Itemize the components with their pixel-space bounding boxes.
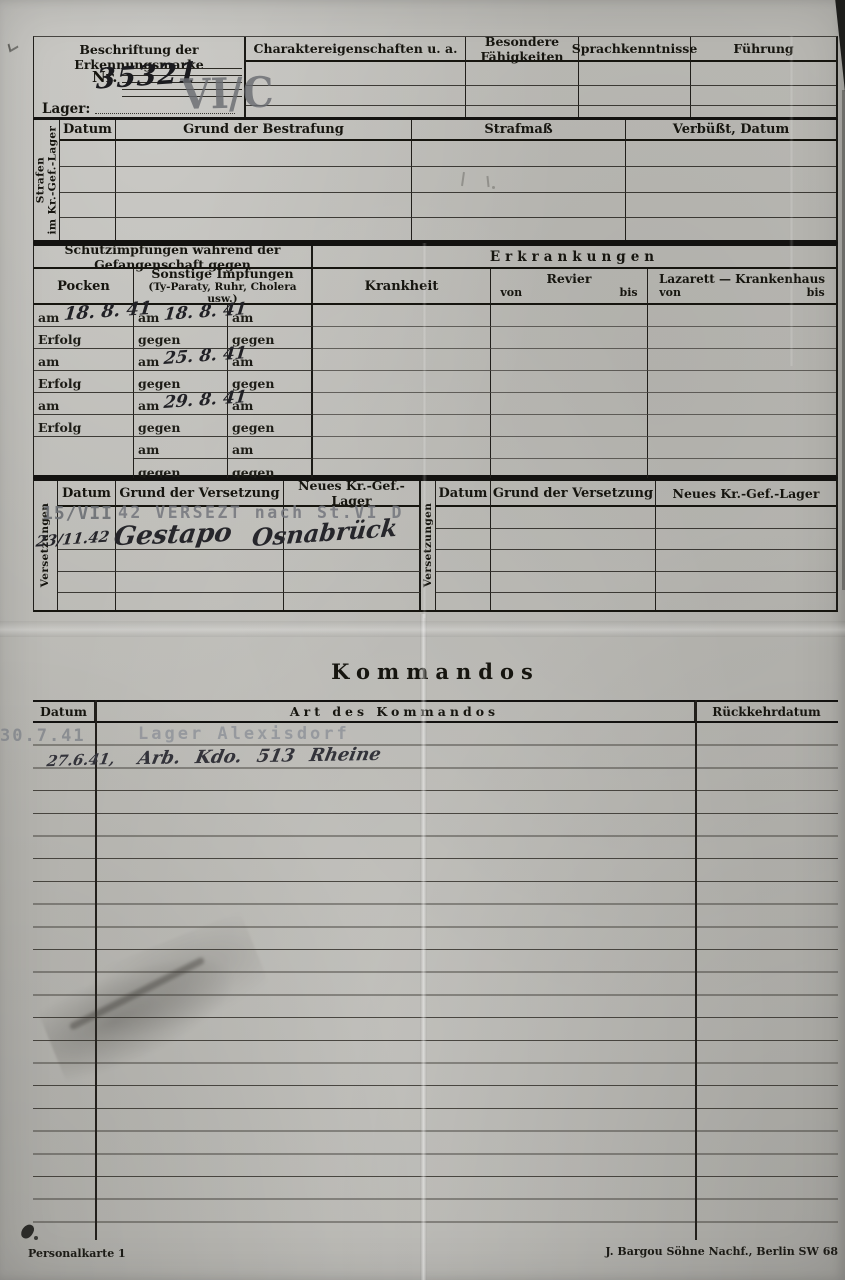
punishment-cell (626, 141, 836, 167)
right-fold-crease (789, 36, 794, 366)
printed-label: Erfolg (38, 378, 81, 392)
transfer-cell (491, 507, 656, 529)
illness-cell (491, 305, 648, 327)
punishment-cell (116, 167, 412, 193)
punishment-cell (60, 167, 116, 193)
vacc-cell: am (34, 393, 134, 415)
illness-cell (648, 393, 836, 415)
id-row-cell (691, 106, 836, 117)
printed-label: am (38, 356, 59, 370)
illness-cell (648, 437, 836, 459)
col-datum: Datum (436, 481, 491, 507)
illness-cell (313, 393, 491, 415)
id-row-cell (691, 62, 836, 86)
ink-dot (34, 1236, 38, 1240)
col-besondere-faehigkeiten: Besondere Fähigkeiten (466, 37, 579, 62)
transfer-cell (491, 572, 656, 594)
col-grund-der-bestrafung: Grund der Bestrafung (116, 120, 412, 141)
vacc-cell: Erfolg (34, 327, 134, 349)
transfer-cell (284, 572, 421, 594)
transfer-cell (116, 593, 284, 610)
punishment-cell (116, 141, 412, 167)
illness-cell (491, 393, 648, 415)
id-row-cell (579, 86, 691, 106)
illness-cell (313, 327, 491, 349)
punishment-cell (412, 218, 626, 240)
transfer-cell (58, 550, 116, 572)
printed-label: am (38, 400, 59, 414)
transfer-cell (656, 507, 836, 529)
side-label-line2: im Kr.-Gef.-Lager (47, 126, 59, 235)
punishment-cell (116, 218, 412, 240)
vacc-cell: gegen (228, 415, 313, 437)
transfer-cell (491, 593, 656, 610)
vertical-fold-crease (420, 614, 427, 1280)
transfer-cell (284, 550, 421, 572)
col-revier: Revier vonbis (491, 269, 648, 305)
col-fuehrung: Führung (691, 37, 836, 62)
transfer-cell (284, 593, 421, 610)
illness-cell (313, 371, 491, 393)
id-row-cell (246, 86, 466, 106)
illness-cell (491, 371, 648, 393)
kommandos-title: Kommandos (33, 659, 838, 684)
revier-von: von (500, 287, 522, 300)
transfer-cell (656, 572, 836, 594)
transfer-cell (116, 572, 284, 594)
printed-label: am (232, 444, 253, 458)
id-row-cell (691, 86, 836, 106)
col-rueckkehrdatum: Rückkehrdatum (695, 702, 838, 721)
vacc-cell: am29. 8. 41 (134, 393, 228, 415)
horizontal-fold-crease (0, 621, 845, 637)
transfer-cell (436, 593, 491, 610)
kommandos-header: Datum Art des Kommandos Rückkehrdatum (33, 700, 838, 723)
col-art-des-kommandos: Art des Kommandos (95, 702, 695, 721)
lazarett-von: von (659, 287, 681, 300)
transfer-cell (436, 529, 491, 551)
transfer-cell (436, 550, 491, 572)
kommando-hand-date: 27.6.41, (45, 750, 116, 770)
sonstige-line1: Sonstige Impfungen (151, 267, 293, 281)
vaccinations-illnesses-table: Schutzimpfungen während der Gefangenscha… (33, 243, 838, 478)
revier-bis: bis (620, 287, 638, 300)
col-sprachkenntnisse: Sprachkenntnisse (579, 37, 691, 62)
vacc-cell: am (228, 437, 313, 459)
faint-pencil-marks (432, 170, 522, 194)
printed-label: am (138, 444, 159, 458)
vacc-cell (34, 437, 134, 459)
revier-title: Revier (547, 272, 592, 286)
transfer-hand-reason: Gestapo (112, 518, 234, 552)
transfer-cell (436, 507, 491, 529)
illness-cell (313, 415, 491, 437)
col-charaktereigenschaften: Charaktereigenschaften u. a. (246, 37, 466, 62)
kommando-hand-text: Arb. Kdo. 513 Rheine (136, 744, 383, 769)
col-lazarett: Lazarett — Krankenhaus vonbis (648, 269, 836, 305)
illness-cell (648, 305, 836, 327)
id-row-cell (466, 62, 579, 86)
lazarett-title: Lazarett — Krankenhaus (659, 273, 825, 287)
transfer-cell (58, 572, 116, 594)
kommando-stamp-text: Lager Alexisdorf (138, 724, 350, 744)
kommando-stamp-date: 30.7.41 (0, 726, 86, 746)
illnesses-title: Erkrankungen (313, 246, 836, 269)
col-datum: Datum (33, 702, 95, 721)
id-row-cell (579, 106, 691, 117)
vacc-cell: am (134, 437, 228, 459)
transfer-cell (656, 550, 836, 572)
transfer-cell (656, 593, 836, 610)
printed-label: gegen (138, 378, 180, 392)
transfer-stamp-date: 15/VII (42, 503, 113, 524)
vacc-cell: Erfolg (34, 415, 134, 437)
transfer-cell (58, 593, 116, 610)
col-neues-lager: Neues Kr.-Gef.-Lager (656, 481, 836, 507)
id-row-cell (246, 62, 466, 86)
id-row-cell (466, 106, 579, 117)
transfer-cell (491, 529, 656, 551)
printed-label: gegen (138, 334, 180, 348)
col-grund-der-versetzung: Grund der Versetzung (491, 481, 656, 507)
illness-cell (491, 437, 648, 459)
transfer-cell (436, 572, 491, 594)
illness-cell (648, 327, 836, 349)
punishment-cell (412, 193, 626, 218)
printed-label: am (138, 356, 159, 370)
punishment-cell (60, 193, 116, 218)
col-verbuesst-datum: Verbüßt, Datum (626, 120, 836, 141)
transfer-cell (491, 550, 656, 572)
lager-number-stamp: VI/C (180, 68, 274, 119)
col-datum: Datum (60, 120, 116, 141)
punishment-cell (412, 141, 626, 167)
col-sonstige-impfungen: Sonstige Impfungen (Ty-Paraty, Ruhr, Cho… (134, 269, 313, 305)
vacc-cell: gegen (134, 415, 228, 437)
transfer-cell (116, 550, 284, 572)
illness-cell (313, 305, 491, 327)
punishments-side-label: Strafen im Kr.-Gef.-Lager (34, 120, 60, 240)
side-label-line1: Strafen (34, 126, 46, 235)
lager-label: Lager: (42, 101, 90, 117)
illness-cell (491, 327, 648, 349)
vacc-cell: Erfolg (34, 371, 134, 393)
margin-mark (8, 40, 19, 53)
illness-cell (648, 415, 836, 437)
printed-label: am (38, 312, 59, 326)
footer-printer: J. Bargou Söhne Nachf., Berlin SW 68 (33, 1245, 838, 1258)
punishment-cell (60, 218, 116, 240)
punishment-cell (626, 167, 836, 193)
identity-table: Beschriftung der Erkennungsmarke Nr. 353… (33, 36, 838, 120)
illness-cell (648, 349, 836, 371)
punishment-cell (60, 141, 116, 167)
vertical-fold-crease-upper (422, 243, 427, 618)
illness-cell (313, 349, 491, 371)
kommandos-divider-rueckkehr (695, 700, 697, 1240)
vacc-cell: am25. 8. 41 (134, 349, 228, 371)
id-row-cell (579, 62, 691, 86)
printed-label: Erfolg (38, 422, 81, 436)
personalkarte-document: Beschriftung der Erkennungsmarke Nr. 353… (0, 0, 845, 1280)
printed-label: am (138, 400, 159, 414)
col-krankheit: Krankheit (313, 269, 491, 305)
illness-cell (648, 371, 836, 393)
punishment-cell (626, 218, 836, 240)
col-strafmass: Strafmaß (412, 120, 626, 141)
lazarett-bis: bis (807, 287, 825, 300)
illness-cell (491, 415, 648, 437)
id-row-cell (246, 106, 466, 117)
vacc-cell: am18. 8. 41 (34, 305, 134, 327)
illness-cell (313, 437, 491, 459)
printed-label: gegen (232, 422, 274, 436)
printed-label: Erfolg (38, 334, 81, 348)
transfer-cell (656, 529, 836, 551)
illness-cell (491, 349, 648, 371)
punishment-cell (626, 193, 836, 218)
vacc-cell: am (34, 349, 134, 371)
punishment-cell (116, 193, 412, 218)
printed-label: gegen (138, 422, 180, 436)
id-row-cell (466, 86, 579, 106)
